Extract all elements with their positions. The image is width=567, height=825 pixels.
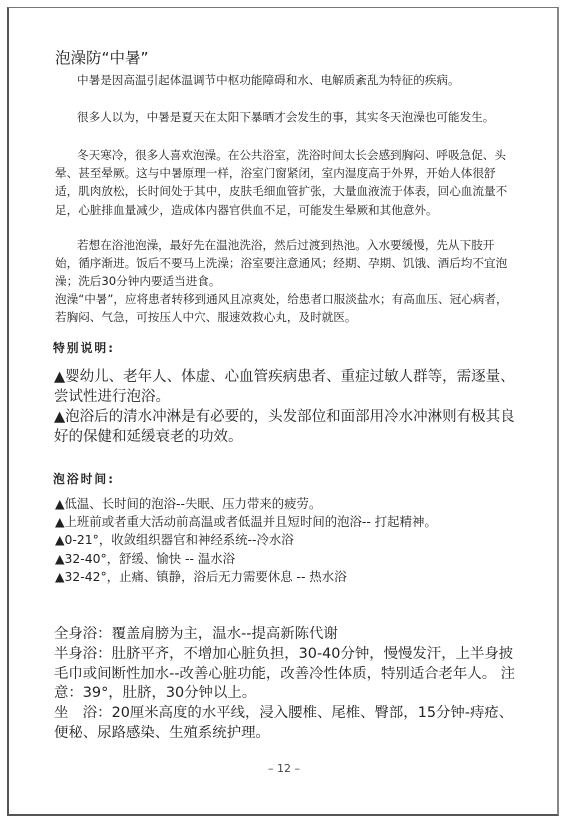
- bath-time-item: ▲上班前或者重大活动前高温或者低温并且短时间的泡浴-- 打起精神。: [55, 513, 437, 531]
- bath-time-item: ▲32-42°，止痛、镇静，浴后无力需要休息 -- 热水浴: [55, 568, 437, 586]
- page-number: – 12 –: [268, 762, 300, 775]
- bath-time-list: ▲低温、长时间的泡浴--失眠、压力带来的疲劳。 ▲上班前或者重大活动前高温或者低…: [55, 495, 437, 586]
- bath-type-half-body: 半身浴：肚脐平齐，不增加心脏负担，30-40分钟，慢慢发汗，上半身披毛巾或间断性…: [54, 645, 524, 704]
- bath-time-item: ▲32-40°，舒缓、愉快 -- 温水浴: [55, 550, 437, 568]
- page-title: 泡澡防“中暑”: [55, 46, 149, 68]
- bath-time-item: ▲0-21°，收敛组织器官和神经系统--冷水浴: [55, 531, 437, 549]
- paragraph-first-aid: 泡澡“中暑”，应将患者转移到通风且凉爽处，给患者口服淡盐水；有高血压、冠心病者，…: [55, 290, 513, 326]
- paragraph-bathing-advice: 若想在浴池泡澡，最好先在温池洗浴，然后过渡到热池。入水要缓慢，先从下肢开始，循序…: [55, 236, 513, 291]
- bath-type-full-body: 全身浴：覆盖肩膀为主，温水--提高新陈代谢: [54, 625, 524, 645]
- bath-type-sitz: 坐 浴：20厘米高度的水平线，浸入腰椎、尾椎、臀部，15分钟-痔疮、便秘、尿路感…: [54, 704, 524, 743]
- special-note-item: ▲泡浴后的清水冲淋是有必要的，头发部位和面部用冷水冲淋则有极其良好的保健和延缓衰…: [54, 407, 520, 447]
- paragraph-definition: 中暑是因高温引起体温调节中枢功能障碍和水、电解质紊乱为特征的疾病。: [55, 71, 513, 89]
- paragraph-winter-bathing: 冬天寒冷，很多人喜欢泡澡。在公共浴室，洗浴时间太长会感到胸闷、呼吸急促、头晕、甚…: [55, 146, 513, 219]
- bath-time-item: ▲低温、长时间的泡浴--失眠、压力带来的疲劳。: [55, 495, 437, 513]
- paragraph-misconception: 很多人以为，中暑是夏天在太阳下暴晒才会发生的事，其实冬天泡澡也可能发生。: [55, 108, 513, 126]
- special-note-item: ▲婴幼儿、老年人、体虚、心血管疾病患者、重症过敏人群等，需逐量、尝试性进行泡浴。: [54, 367, 520, 407]
- special-notes-heading: 特别说明:: [53, 339, 115, 356]
- bath-time-heading: 泡浴时间:: [53, 470, 115, 487]
